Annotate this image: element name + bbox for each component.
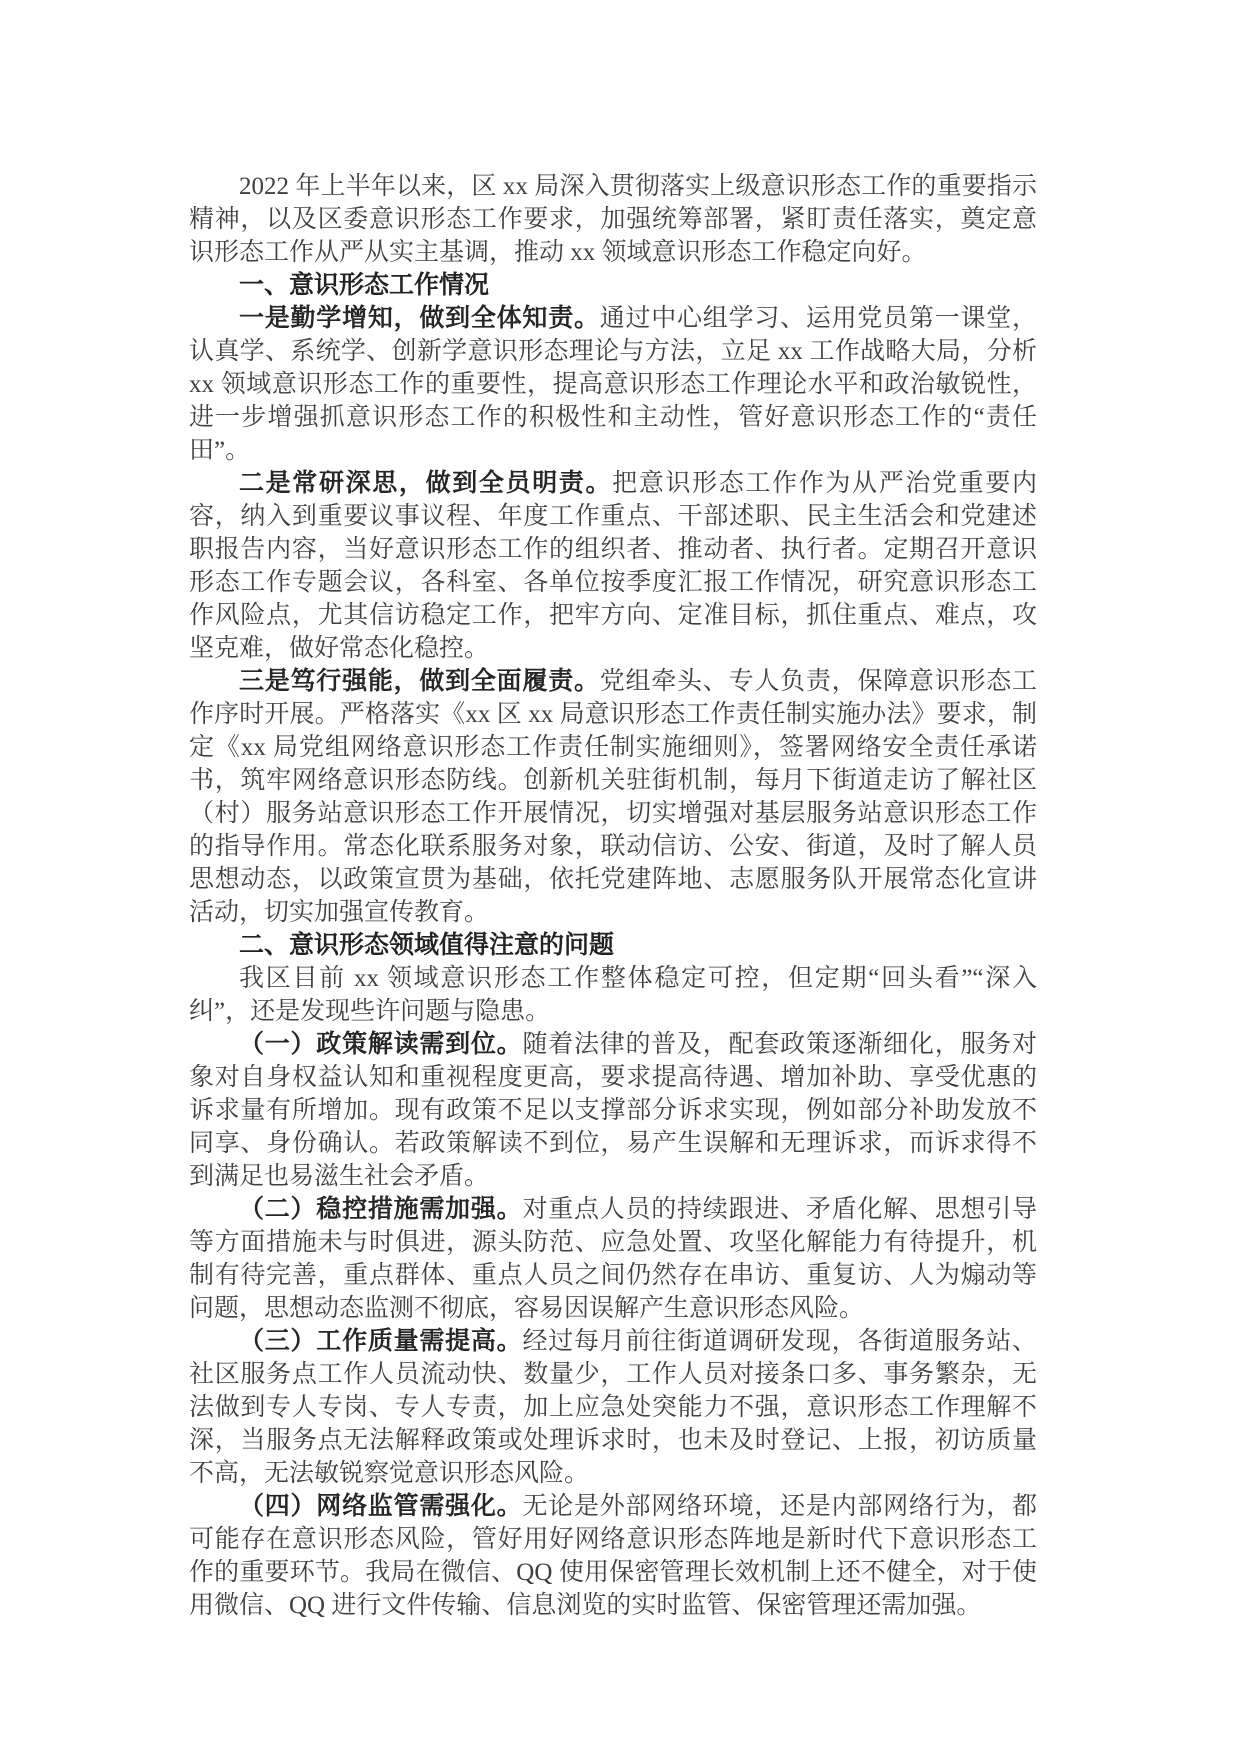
overview-paragraph: 我区目前 xx 领域意识形态工作整体稳定可控，但定期“回头看”“深入纠”，还是发… [189,962,1037,1028]
section-heading-notable-problems: 二、意识形态领域值得注意的问题 [189,929,1037,962]
paragraph-lead: （四）网络监管需强化。 [239,1493,522,1520]
heading-text: 一、意识形态工作情况 [239,272,489,299]
paragraph-text: 我区目前 xx 领域意识形态工作整体稳定可控，但定期“回头看”“深入纠”，还是发… [189,965,1037,1025]
problem-paragraph-network-supervision: （四）网络监管需强化。无论是外部网络环境，还是内部网络行为，都可能存在意识形态风… [189,1490,1037,1622]
document-text-block: 2022 年上半年以来，区 xx 局深入贯彻落实上级意识形态工作的重要指示精神，… [189,170,1037,1622]
problem-paragraph-stability-measures: （二）稳控措施需加强。对重点人员的持续跟进、矛盾化解、思想引导等方面措施未与时俱… [189,1193,1037,1325]
point-paragraph-diligent-study: 一是勤学增知，做到全体知责。通过中心组学习、运用党员第一课堂，认真学、系统学、创… [189,302,1037,467]
paragraph-text: 把意识形态工作作为从严治党重要内容，纳入到重要议事议程、年度工作重点、干部述职、… [189,470,1037,662]
paragraph-text: 党组牵头、专人负责，保障意识形态工作序时开展。严格落实《xx 区 xx 局意识形… [189,668,1037,926]
paragraph-lead: （三）工作质量需提高。 [239,1328,522,1355]
paragraph-lead: （二）稳控措施需加强。 [239,1196,522,1223]
point-paragraph-earnest-practice: 三是笃行强能，做到全面履责。党组牵头、专人负责，保障意识形态工作序时开展。严格落… [189,665,1037,929]
section-heading-work-situation: 一、意识形态工作情况 [189,269,1037,302]
paragraph-lead: 三是笃行强能，做到全面履责。 [239,668,600,695]
paragraph-lead: （一）政策解读需到位。 [239,1031,522,1058]
paragraph-lead: 二是常研深思，做到全员明责。 [239,470,612,497]
problem-paragraph-work-quality: （三）工作质量需提高。经过每月前往街道调研发现，各街道服务站、社区服务点工作人员… [189,1325,1037,1490]
paragraph-text: 2022 年上半年以来，区 xx 局深入贯彻落实上级意识形态工作的重要指示精神，… [189,173,1037,266]
heading-text: 二、意识形态领域值得注意的问题 [239,932,614,959]
point-paragraph-frequent-research: 二是常研深思，做到全员明责。把意识形态工作作为从严治党重要内容，纳入到重要议事议… [189,467,1037,665]
problem-paragraph-policy-interpretation: （一）政策解读需到位。随着法律的普及，配套政策逐渐细化，服务对象对自身权益认知和… [189,1028,1037,1193]
intro-paragraph: 2022 年上半年以来，区 xx 局深入贯彻落实上级意识形态工作的重要指示精神，… [189,170,1037,269]
document-page: 2022 年上半年以来，区 xx 局深入贯彻落实上级意识形态工作的重要指示精神，… [0,0,1240,1754]
paragraph-lead: 一是勤学增知，做到全体知责。 [239,305,600,332]
